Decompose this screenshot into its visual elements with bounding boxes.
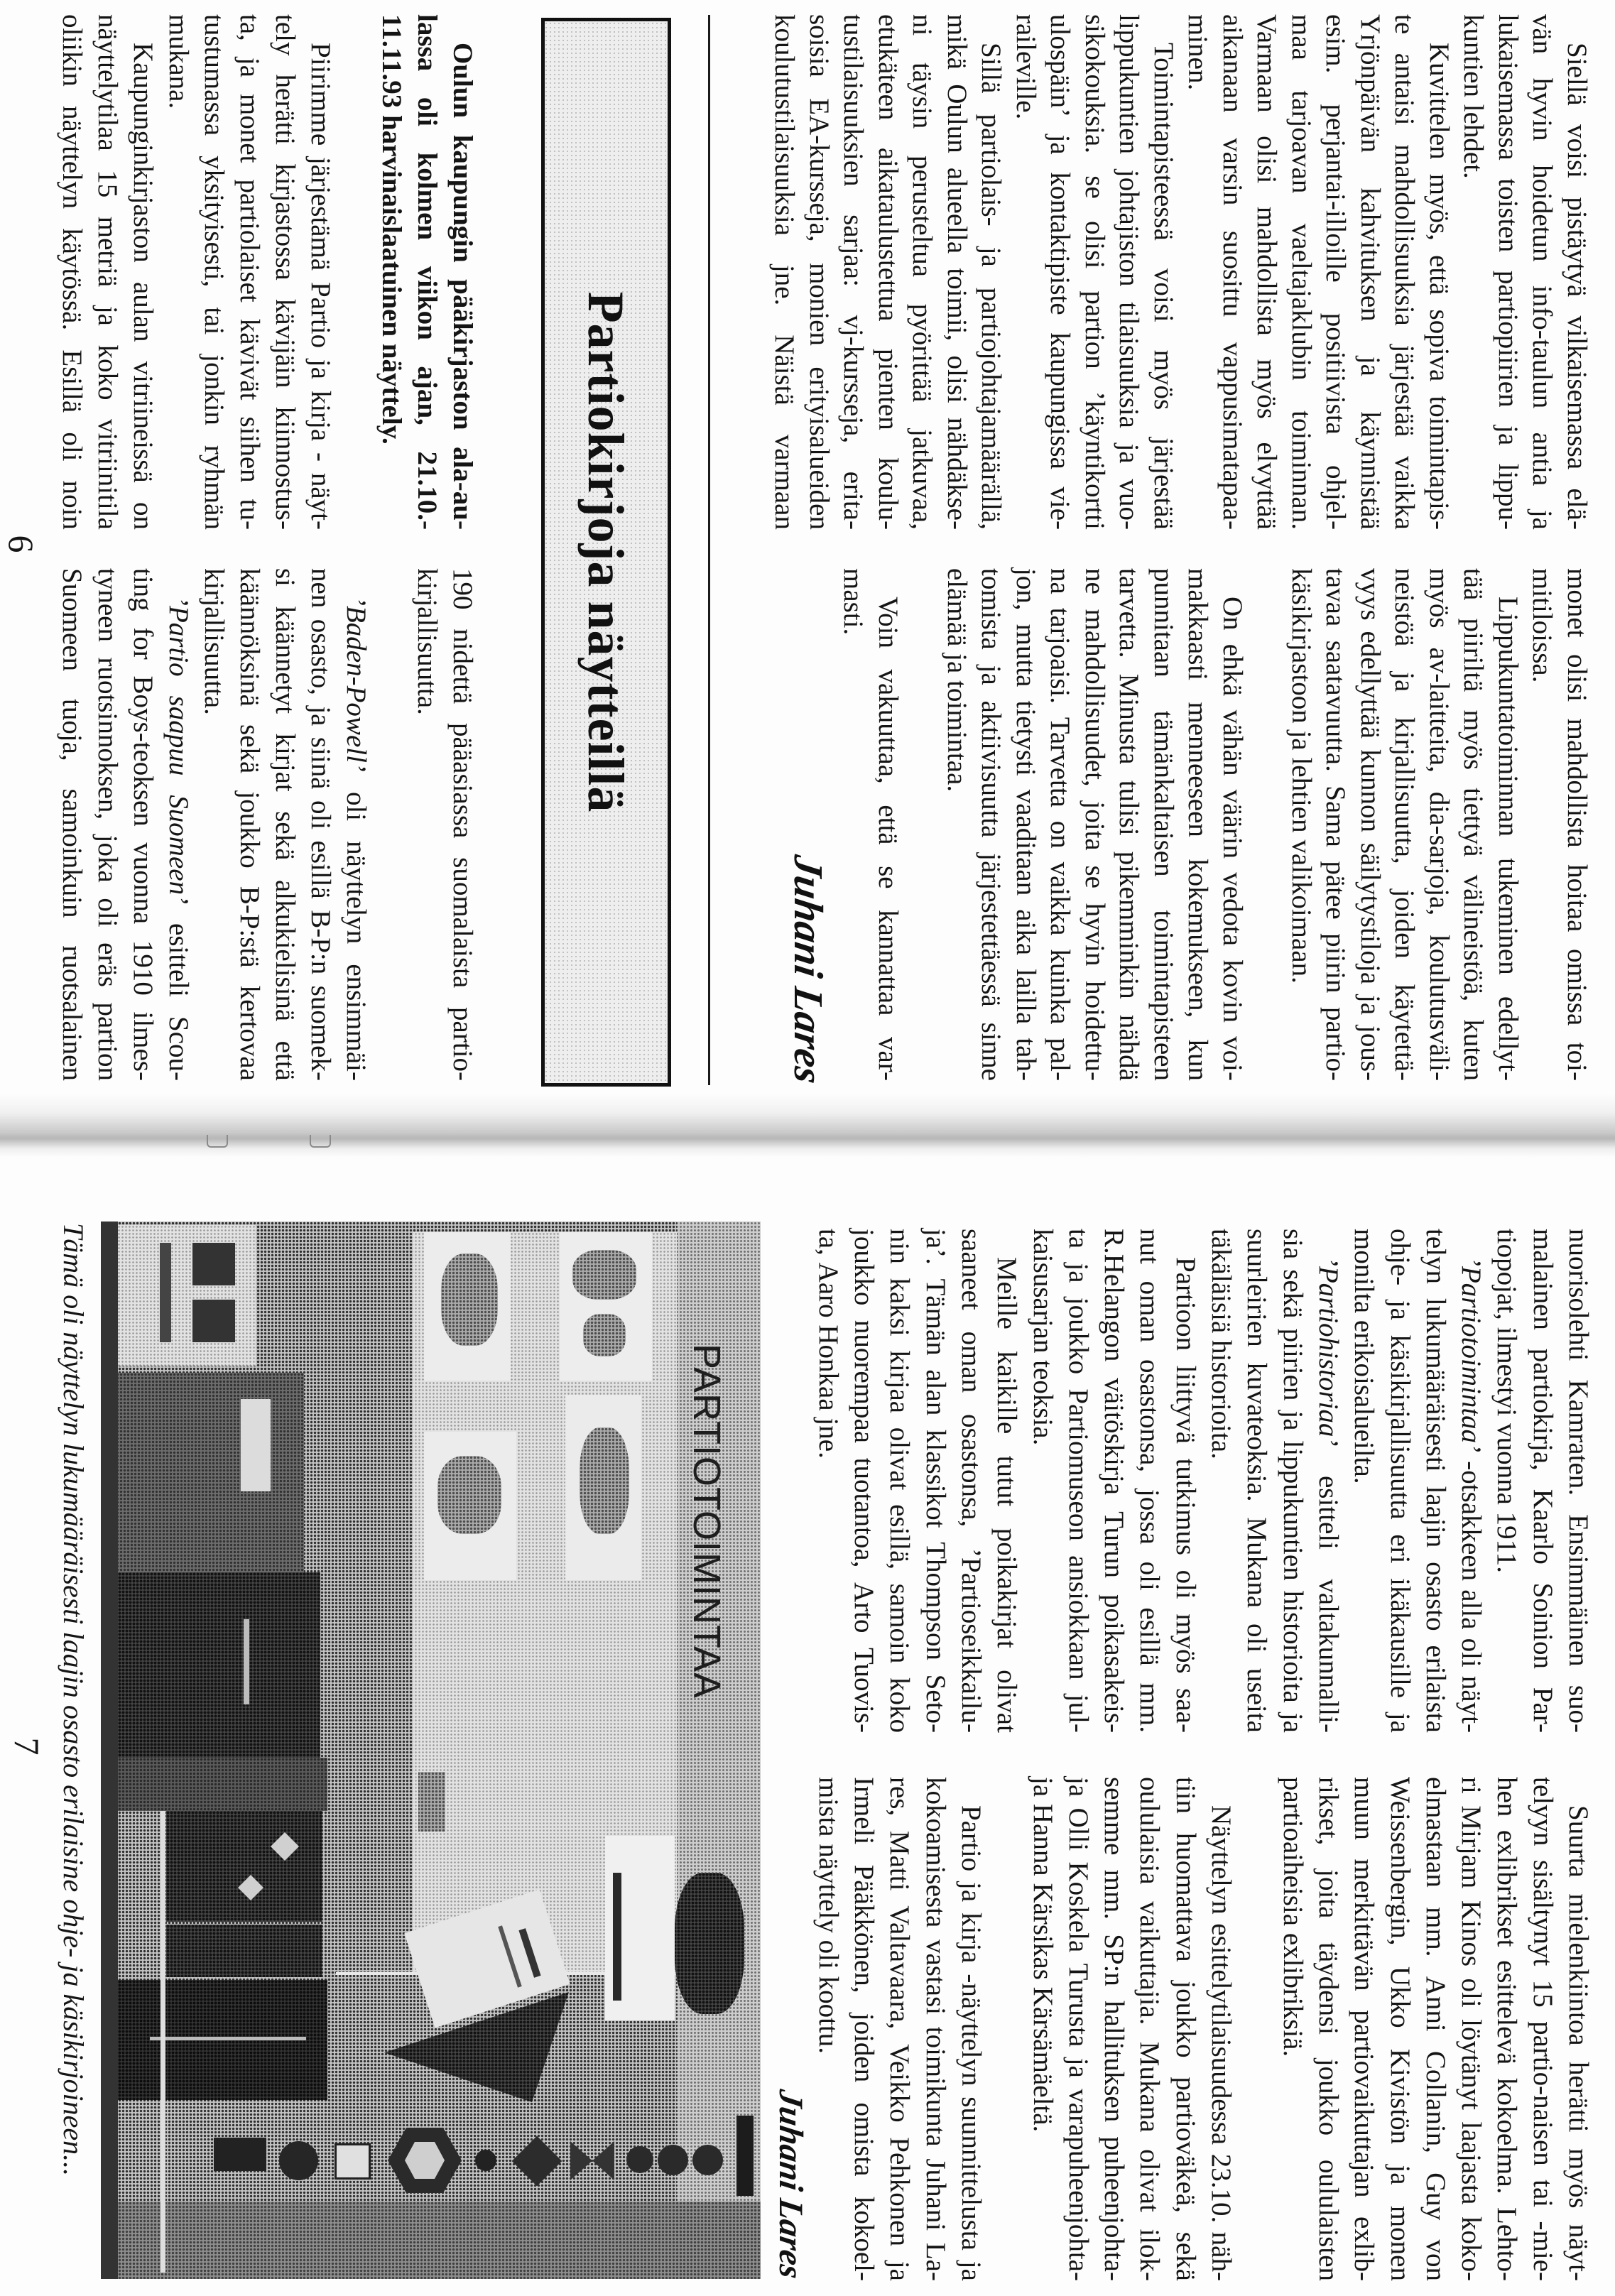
word: vuonna: [1489, 1423, 1524, 1505]
text-line: elmastaanmm.AnniCollanin,Guyvon: [1418, 1777, 1453, 2281]
word: kaksi: [881, 1278, 917, 1336]
word: Suurta: [1560, 1805, 1596, 1878]
word: Turun: [1096, 1511, 1131, 1578]
word: Kamraten.: [1560, 1380, 1596, 1496]
word: kaisusarjan: [1024, 1229, 1060, 1353]
word: vastasi: [917, 1939, 952, 2015]
word: ta: [1060, 1229, 1096, 1248]
word: hallituksen: [1096, 2001, 1131, 2122]
word: ’Partioseikkailu-: [953, 1548, 989, 1733]
word: Matti: [881, 1831, 917, 1891]
word: ja: [953, 1882, 989, 1902]
shelf-edge: [161, 1811, 165, 2273]
word: oman: [1131, 1281, 1167, 1343]
word: Anni: [1418, 1976, 1453, 2032]
badge-hourglass: [570, 2141, 614, 2180]
word: joiden: [846, 2013, 881, 2082]
word: partiokirja,: [1524, 1349, 1560, 1471]
continued-article-column-right: Suurtamielenkiintoaherättimyösnäyt-telyy…: [810, 1777, 1596, 2281]
word: Kärsikas: [1024, 1883, 1060, 1979]
book: [109, 1572, 320, 1758]
text-line: tiopojat,ilmestyivuonna1911.: [1489, 1229, 1524, 1733]
word: ja: [1274, 1410, 1310, 1430]
word: väitöskirja: [1096, 1378, 1131, 1495]
word: samoin: [881, 1584, 917, 1664]
word: joukko: [1310, 2059, 1346, 2136]
text-line: telyynsisältynyt15partio-naisentai-mie-: [1524, 1777, 1560, 2281]
word: tai: [1524, 2180, 1560, 2207]
word: Collanin,: [1418, 2051, 1453, 2153]
word: osasto: [1418, 1562, 1453, 1631]
word: Veikko: [881, 2044, 917, 2123]
word: Mirjam: [1453, 1805, 1489, 1888]
badge-circle: [658, 2145, 688, 2175]
word: Kivistön: [1381, 2049, 1417, 2144]
word: Turusta: [1060, 1964, 1096, 2047]
word: herätti: [1560, 2062, 1596, 2133]
book-label: [241, 1399, 271, 1491]
word: 15: [1524, 1980, 1560, 2008]
word: Partioon: [1167, 1257, 1202, 1351]
text-line: ’Partiohistoriaa’esittelivaltakunnalli-: [1310, 1229, 1346, 1733]
word: laajin: [1418, 1486, 1453, 1548]
word: res,: [881, 1777, 917, 1816]
text-line: ja’.TämänalanklassikotThompsonSeto-: [917, 1229, 952, 1733]
badge-diamond: [512, 2136, 562, 2187]
word: näyt-: [1453, 1676, 1489, 1733]
word: La-: [917, 2243, 952, 2281]
word: rikset,: [1310, 1777, 1346, 1845]
word: tutkimus: [1167, 1459, 1202, 1556]
text-line: ohje-jakäsikirjallisuuttaeriikäkausillej…: [1381, 1229, 1417, 1733]
word: muun: [1346, 1777, 1381, 1840]
word: teoksia.: [1024, 1360, 1060, 1445]
word: ilmestyi: [1489, 1327, 1524, 1417]
word: tutut: [989, 1456, 1024, 1507]
photo-caption: Tämä oli näyttelyn lukumääräisesti laaji…: [56, 1223, 90, 2176]
word: ja: [1060, 2058, 1096, 2078]
word: ja: [1274, 1713, 1310, 1733]
word: näyttely: [810, 1844, 845, 1933]
word: kaikille: [989, 1351, 1024, 1434]
text-line: ta,AaroHonkaajne.: [810, 1229, 845, 1733]
word: jossa: [1131, 1489, 1167, 1545]
text-line: jaOlliKoskelaTurustajavarapuheenjohta-: [1060, 1777, 1096, 2281]
word: oli: [1167, 1570, 1202, 1599]
text-line: muunmerkittävänpartiovaikuttajanexlib-: [1346, 1777, 1381, 2281]
word: Ensimmäinen: [1560, 1514, 1596, 1666]
poster-illustration: [583, 1314, 626, 1356]
text-line: Näyttelynesittelytilaisuudessa23.10.näh-: [1203, 1777, 1239, 2281]
badge-dot: [475, 2150, 496, 2171]
text-line: tajajoukkoPartiomuseonansiokkaanjul-: [1060, 1229, 1096, 1733]
word: kuvateoksia.: [1239, 1363, 1274, 1502]
text-line: rikset,joitatäydensijoukkooululaisten: [1310, 1777, 1346, 2281]
word: saa-: [1167, 1688, 1202, 1733]
text-line: telynlukumääräisestilaajinosastoerilaist…: [1418, 1229, 1453, 1733]
word: suo-: [1560, 1685, 1596, 1733]
word: tiopojat,: [1489, 1229, 1524, 1320]
word: kokoamisesta: [917, 1777, 952, 1927]
word: partio-naisen: [1524, 2021, 1560, 2166]
word: Mukana: [1131, 2042, 1167, 2133]
word: kokoel-: [846, 2197, 881, 2281]
word: oululaisten: [1310, 2160, 1346, 2281]
scout-figure-poster: [675, 1873, 744, 2014]
word: Tuovis-: [846, 1648, 881, 1733]
word: Pääkkönen,: [846, 1865, 881, 1993]
page-number: 7: [7, 1729, 47, 1764]
word: ja: [1381, 1713, 1417, 1733]
word: Lehto-: [1489, 2207, 1524, 2281]
word: käsikirjallisuutta: [1381, 1335, 1417, 1520]
text-line: Weissenbergin,UkkoKivistönjamonen: [1381, 1777, 1417, 2281]
text-line: kokoamisestavastasitoimikuntaJuhaniLa-: [917, 1777, 952, 2281]
word: Kinos: [1453, 1900, 1489, 1966]
word: Pehkonen: [881, 2137, 917, 2246]
word: Partiomuseon: [1060, 1388, 1096, 1540]
word: koottu.: [810, 1976, 845, 2054]
word: mielenkiintoa: [1560, 1893, 1596, 2045]
word: oululaisia: [1131, 1777, 1167, 1885]
word: telyyn: [1524, 1777, 1560, 1846]
word: ja: [1024, 1777, 1060, 1797]
text-line: nuorisolehtiKamraten.Ensimmäinensuo-: [1560, 1229, 1596, 1733]
word: joita: [1310, 1869, 1346, 1918]
word: -näyttelyn: [953, 1974, 989, 2086]
word: ja: [1060, 1263, 1096, 1283]
continued-article-column-left: nuorisolehtiKamraten.Ensimmäinensuo-mala…: [810, 1229, 1596, 1733]
word: valtakunnalli-: [1310, 1579, 1346, 1733]
word: ilok-: [1131, 2229, 1167, 2281]
word: esitteli: [1310, 1476, 1346, 1550]
word: joukko: [846, 1229, 881, 1305]
text-line: IrmeliPääkkönen,joidenomistakokoel-: [846, 1777, 881, 2281]
text-line: saaneetomanosastonsa,’Partioseikkailu-: [953, 1229, 989, 1733]
word: Juhani: [917, 2158, 952, 2231]
word: tuotantoa,: [846, 1458, 881, 1568]
word: sisältynyt: [1524, 1860, 1560, 1966]
word: ja: [953, 2261, 989, 2281]
book: [109, 1373, 304, 1572]
word: myös: [1560, 2148, 1596, 2209]
poster-illustration: [572, 1250, 636, 1300]
game-box-pattern: [192, 1243, 235, 1285]
small-card: [418, 1772, 445, 1832]
word: -mie-: [1524, 2221, 1560, 2281]
book-title: [244, 1619, 249, 1704]
word: klassikot: [917, 1430, 952, 1528]
word: esillä: [1131, 1608, 1167, 1666]
magazine-spread: Siellävoisipistäytyävilkaisemassaelä-vän…: [0, 0, 1615, 2296]
word: lippukuntien: [1274, 1441, 1310, 1581]
word: 1911.: [1489, 1512, 1524, 1573]
book: [107, 1758, 327, 1811]
word: mm.: [1418, 1907, 1453, 1957]
paragraph-gap: [989, 1777, 1024, 2281]
book-spine-text: [150, 2037, 306, 2040]
word: sekä: [1274, 1269, 1310, 1318]
word: osastonsa,: [1131, 1359, 1167, 1472]
word: -otsakkeen: [1453, 1461, 1489, 1581]
word: varapuheenjohta-: [1060, 2089, 1096, 2281]
book: [166, 1925, 322, 1977]
word: partioaiheisia: [1274, 1777, 1310, 1926]
word: 23.10.: [1203, 2154, 1239, 2224]
word: useita: [1239, 1668, 1274, 1733]
word: Ukko: [1381, 1966, 1417, 2028]
word: piirien: [1274, 1329, 1310, 1401]
word: koko: [881, 1677, 917, 1733]
word: lukumääräisesti: [1418, 1298, 1453, 1472]
word: ohje-: [1381, 1229, 1417, 1285]
word: malainen: [1524, 1229, 1560, 1330]
photo-sign-text: PARTIOTOIMINTAA: [687, 1344, 727, 1699]
word: Kärsämäeltä.: [1024, 1987, 1060, 2133]
word: laajasta: [1453, 2122, 1489, 2205]
book: [166, 1811, 322, 1922]
word: koko-: [1453, 2216, 1489, 2281]
word: Honkaa: [810, 1324, 845, 1410]
word: Irmeli: [846, 1777, 881, 1844]
word: vaikuttajia.: [1131, 1901, 1167, 2025]
word: omista: [846, 2103, 881, 2177]
word: Weissenbergin,: [1381, 1777, 1417, 1946]
word: sekä: [1167, 2232, 1202, 2281]
word: poikasakeis-: [1096, 1594, 1131, 1733]
word: exlibriksiä.: [1274, 1933, 1310, 2057]
word: Thompson: [917, 1542, 952, 1660]
word: von: [1418, 2239, 1453, 2281]
word: mista: [810, 1777, 845, 1837]
word: historioita.: [1203, 1340, 1239, 1459]
word: Arto: [846, 1582, 881, 1633]
word: oli: [1453, 1979, 1489, 2008]
word: ansiokkaan: [1060, 1555, 1096, 1680]
word: näh-: [1203, 2232, 1239, 2281]
word: R.Helangon: [1096, 1229, 1131, 1361]
word: eri: [1381, 1534, 1417, 1563]
italic-title-word: ’Partiohistoriaa’: [1310, 1257, 1346, 1447]
text-line: R.HelangonväitöskirjaTurunpoikasakeis-: [1096, 1229, 1131, 1733]
word: monen: [1381, 2206, 1417, 2281]
word: näyt-: [1560, 2224, 1596, 2281]
word: ja: [1060, 1777, 1096, 1797]
word: kokoelma.: [1489, 2078, 1524, 2194]
italic-title-word: ’Partiotoimintaa’: [1453, 1257, 1489, 1452]
word: kirjaa: [881, 1350, 917, 1413]
text-line: mistanäyttelyolikoottu.: [810, 1777, 845, 2281]
word: oli: [1131, 1562, 1167, 1591]
word: alan: [917, 1369, 952, 1415]
word: ja: [1381, 2165, 1417, 2185]
word: nuorisolehti: [1560, 1229, 1596, 1361]
word: olivat: [881, 1427, 917, 1491]
text-line: Partioonliittyvätutkimusolimyössaa-: [1167, 1229, 1202, 1733]
word: Aaro: [810, 1263, 845, 1318]
word: mm.: [1096, 1870, 1131, 1920]
word: SP:n: [1096, 1934, 1131, 1986]
shelf-bottom: [101, 1222, 118, 2279]
word: esittelevä: [1489, 1960, 1524, 2064]
poster-illustration: [580, 1427, 629, 1534]
page-7: nuorisolehtiKamraten.Ensimmäinensuo-mala…: [0, 0, 1615, 2296]
word: Koskela: [1060, 1862, 1096, 1953]
word: saaneet: [953, 1229, 989, 1310]
word: monilta: [1346, 1229, 1381, 1313]
game-box-pattern: [192, 1300, 235, 1342]
text-line: ’Partiotoimintaa’-otsakkeenallaolinäyt-: [1453, 1229, 1489, 1733]
word: oli: [1239, 1623, 1274, 1653]
word: ja: [1381, 1300, 1417, 1320]
text-line: siasekäpiirienjalippukuntienhistorioitaj…: [1274, 1229, 1310, 1733]
word: Hanna: [1024, 1804, 1060, 1876]
word: sia: [1274, 1229, 1310, 1259]
word: olivat: [1131, 2149, 1167, 2212]
author-signature: Juhani Lares: [769, 2087, 812, 2282]
text-line: oululaisiavaikuttajia.Mukanaolivatilok-: [1131, 1777, 1167, 2281]
word: täkäläisiä: [1203, 1229, 1239, 1333]
word: Näyttelyn: [1203, 1805, 1239, 1915]
word: esittelytilaisuudessa: [1203, 1923, 1239, 2145]
word: nut: [1131, 1229, 1167, 1264]
word: olivat: [989, 1670, 1024, 1733]
word: Olli: [1060, 1808, 1096, 1851]
word: tiin: [1167, 1777, 1202, 1814]
word: Par-: [1524, 1687, 1560, 1733]
word: Seto-: [917, 1675, 952, 1733]
word: oli: [810, 1940, 845, 1969]
word: Meille: [989, 1257, 1024, 1329]
badge-bar: [736, 2116, 754, 2196]
word: erilaista: [1418, 1645, 1453, 1733]
text-line: jaHannaKärsikasKärsämäeltä.: [1024, 1777, 1060, 2281]
word: Soinion: [1524, 1583, 1560, 1669]
word: partioväkeä,: [1167, 2077, 1202, 2213]
text-line: joukkonuorempaatuotantoa,ArtoTuovis-: [846, 1229, 881, 1733]
text-line: Partiojakirja-näyttelynsuunnittelustaja: [953, 1777, 989, 2281]
text-line: henexlibriksetesitteleväkokoelma.Lehto-: [1489, 1777, 1524, 2281]
text-line: partioaiheisiaexlibriksiä.: [1274, 1777, 1310, 2281]
word: liittyvä: [1167, 1366, 1202, 1444]
text-line: suurleirienkuvateoksia.Mukanaoliuseita: [1239, 1229, 1274, 1733]
word: alla: [1453, 1589, 1489, 1629]
word: historioita: [1274, 1591, 1310, 1703]
text-line: Meillekaikilletututpoikakirjatolivat: [989, 1229, 1024, 1733]
game-box-text: [160, 1243, 171, 1342]
word: Partio: [953, 1805, 989, 1871]
word: osastonsa,: [953, 1414, 989, 1527]
word: toimikunta: [917, 2027, 952, 2147]
word: joukko: [1060, 1297, 1096, 1374]
text-line: moniltaerikoisalueilta.: [1346, 1229, 1381, 1733]
word: suurleirien: [1239, 1229, 1274, 1347]
word: Valtavaara,: [881, 1905, 917, 2029]
word: ikäkausille: [1381, 1578, 1417, 1698]
badge-square: [335, 2143, 371, 2180]
word: Mukana: [1239, 1517, 1274, 1608]
badge-circle: [279, 2141, 318, 2180]
word: mm.: [1131, 1683, 1167, 1733]
word: Tämän: [917, 1278, 952, 1355]
badge-block: [214, 2138, 266, 2171]
word: ja’.: [917, 1229, 952, 1265]
word: oman: [953, 1332, 989, 1393]
paragraph-gap: [1239, 1777, 1274, 2281]
word: merkittävän: [1346, 1859, 1381, 1991]
badge-circle: [692, 2145, 723, 2175]
word: huomattava: [1167, 1833, 1202, 1962]
word: joukko: [1167, 1981, 1202, 2057]
word: ja: [881, 2261, 917, 2281]
word: poikakirjat: [989, 1528, 1024, 1648]
word: jne.: [810, 1418, 845, 1458]
word: Guy: [1418, 2172, 1453, 2220]
word: nin: [881, 1229, 917, 1264]
poster-bar: [613, 1873, 621, 2001]
text-line: riMirjamKinosolilöytänytlaajastakoko-: [1453, 1777, 1489, 2281]
word: hen: [1489, 1777, 1524, 1817]
badge-circle: [626, 2146, 653, 2173]
word: erikoisalueilta.: [1346, 1320, 1381, 1484]
word: exlibrikset: [1489, 1830, 1524, 1947]
word: myös: [1167, 1614, 1202, 1674]
word: jul-: [1060, 1694, 1096, 1733]
text-line: ninkaksikirjaaolivatesillä,samoinkoko: [881, 1229, 917, 1733]
word: exlib-: [1346, 2216, 1381, 2281]
poster-illustration: [437, 1456, 501, 1534]
exhibition-photo: PARTIOTOIMINTAA: [101, 1222, 761, 2279]
word: semme: [1096, 1777, 1131, 1855]
word: esillä,: [881, 1504, 917, 1569]
word: löytänyt: [1453, 2019, 1489, 2110]
text-line: malainenpartiokirja,KaarloSoinionPar-: [1524, 1229, 1560, 1733]
text-line: täkäläisiähistorioita.: [1203, 1229, 1239, 1733]
word: puheenjohta-: [1096, 2136, 1131, 2281]
word: partiovaikuttajan: [1346, 2010, 1381, 2197]
display-frame-edge: [101, 2202, 761, 2279]
word: suunnittelusta: [953, 2096, 989, 2251]
word: oli: [1453, 1638, 1489, 1667]
word: Kaarlo: [1524, 1489, 1560, 1565]
word: kirja: [953, 1913, 989, 1963]
text-line: Suurtamielenkiintoaherättimyösnäyt-: [1560, 1777, 1596, 2281]
word: täydensi: [1310, 1942, 1346, 2035]
text-line: kaisusarjanteoksia.: [1024, 1229, 1060, 1733]
word: ri: [1453, 1777, 1489, 1794]
text-line: tiinhuomattavajoukkopartioväkeä,sekä: [1167, 1777, 1202, 2281]
text-line: nutomanosastonsa,jossaoliesillämm.: [1131, 1229, 1167, 1733]
word: telyn: [1418, 1229, 1453, 1284]
word: nuorempaa: [846, 1320, 881, 1443]
poster-illustration: [441, 1253, 498, 1346]
word: ta,: [810, 1229, 845, 1256]
text-line: semmemm.SP:nhallituksenpuheenjohta-: [1096, 1777, 1131, 2281]
text-line: res,MattiValtavaara,VeikkoPehkonenja: [881, 1777, 917, 2281]
word: elmastaan: [1418, 1777, 1453, 1888]
